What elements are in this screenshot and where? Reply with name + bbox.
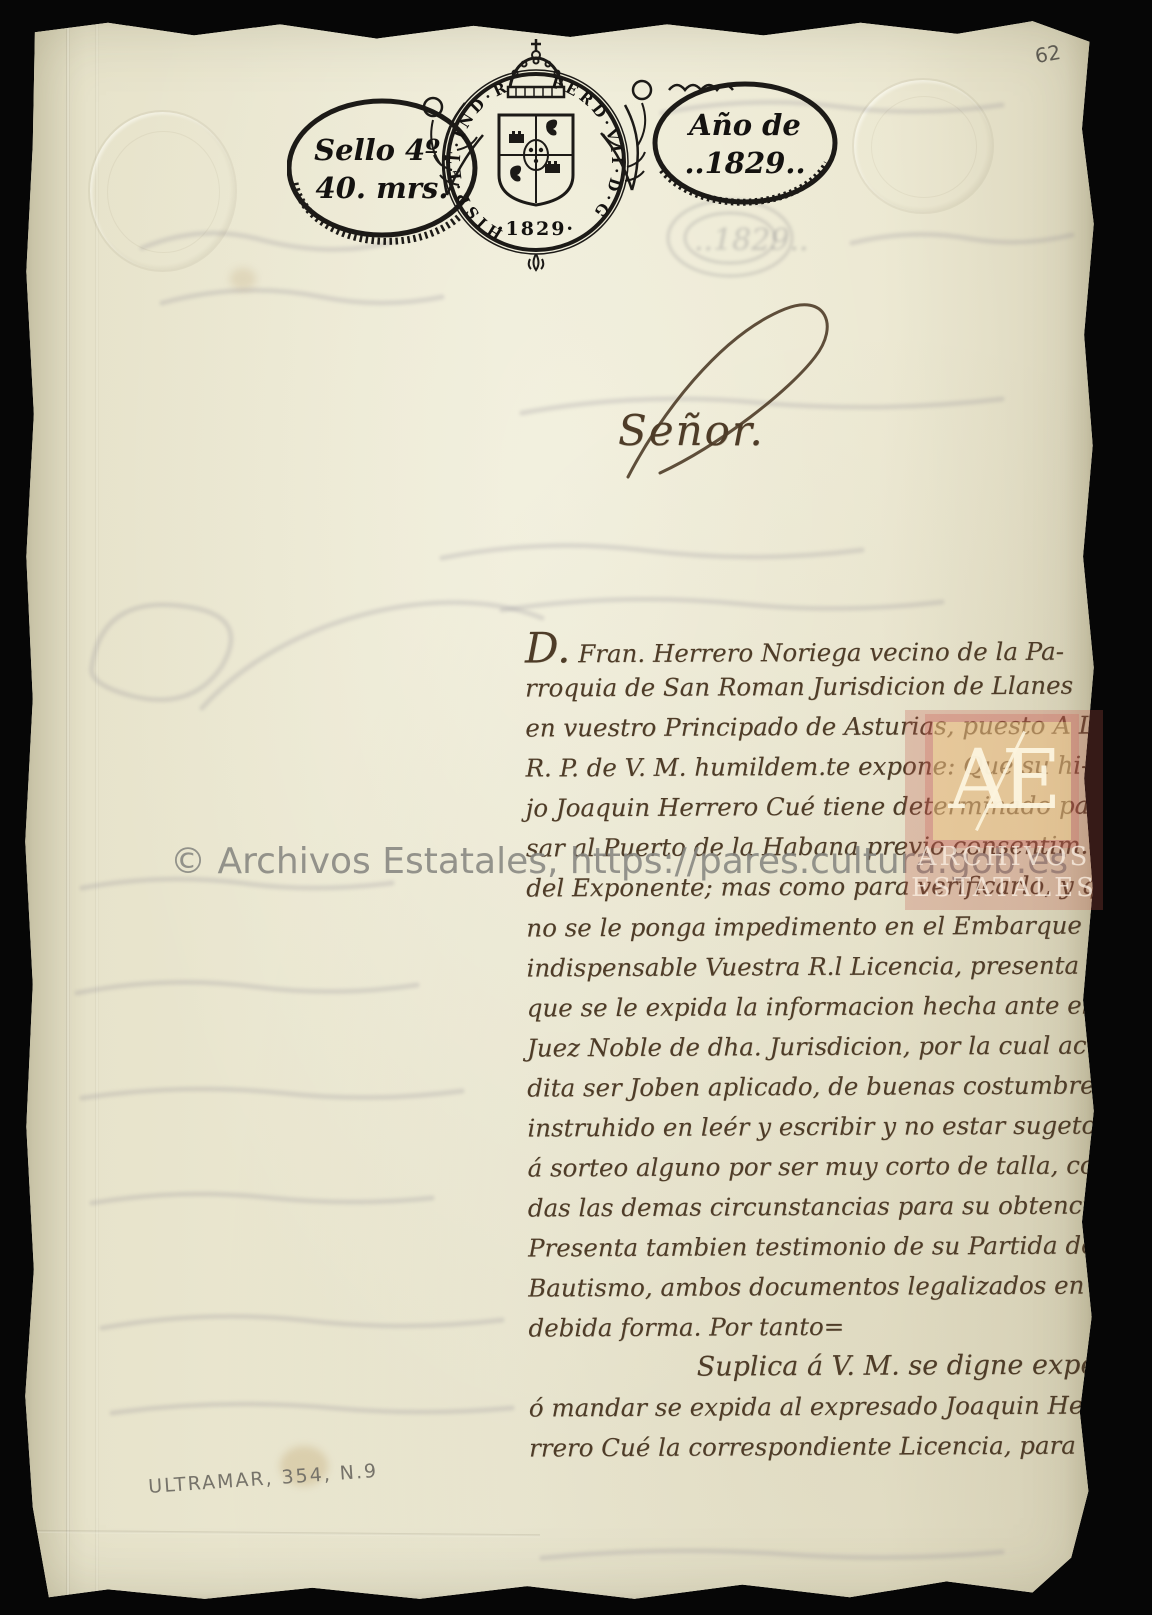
manuscript-line: á sorteo alguno por ser muy corto de tal… [528, 1145, 1103, 1188]
archivos-estatales-badge: AE ARCHIVOS ESTATALES [905, 710, 1103, 910]
manuscript-line: rrero Cué la correspondiente Licencia, p… [529, 1425, 1104, 1468]
manuscript-line: Juez Noble de dha. Jurisdicion, por la c… [527, 1025, 1102, 1068]
manuscript-line: Bautismo, ambos documentos legalizados e… [528, 1265, 1103, 1308]
manuscript-line: dita ser Joben aplicado, de buenas costu… [527, 1065, 1102, 1108]
castile-leon-shield-icon [499, 115, 573, 205]
seal-tassel-icon [529, 254, 544, 270]
manuscript-line: que se le expida la informacion hecha an… [527, 985, 1102, 1028]
manuscript-line: indispensable Vuestra R.l Licencia, pres… [526, 945, 1101, 988]
manuscript-line: das las demas circunstancias para su obt… [528, 1185, 1103, 1228]
salutation-flourish [600, 295, 860, 485]
folio-number: 62 [1033, 40, 1062, 68]
manuscript-line: D. Fran. Herrero Noriega vecino de la Pa… [525, 626, 1100, 669]
badge-archivos-label: ARCHIVOS [905, 842, 1103, 872]
manuscript-line: debida forma. Por tanto= [528, 1305, 1103, 1348]
svg-text:Año de: Año de [686, 108, 801, 142]
manuscript-line: ó mandar se expida al expresado Joaquin … [529, 1385, 1104, 1428]
manuscript-line: no se le ponga impedimento en el Embarqu… [526, 905, 1101, 948]
manuscript-line: Presenta tambien testimonio de su Partid… [528, 1225, 1103, 1268]
salutation: Señor. [618, 406, 765, 455]
svg-text:Sello 4º.: Sello 4º. [314, 133, 450, 167]
svg-text:·1829·: ·1829· [497, 218, 575, 240]
manuscript-line-suplica: Suplica á V. M. se digne expedir [529, 1345, 1104, 1388]
badge-estatales-label: ESTATALES [905, 873, 1103, 903]
ae-monogram-box: AE [933, 722, 1071, 840]
stamp-right-oval: Año de ..1829.. [655, 84, 835, 202]
svg-text:40. mrs.: 40. mrs. [316, 171, 449, 205]
manuscript-line: instruhido en leér y escribir y no estar… [527, 1105, 1102, 1148]
scanned-document: ..1829.. Sello 4º. 40. mrs. Año de ..182… [0, 0, 1152, 1615]
tax-stamp: Sello 4º. 40. mrs. Año de ..1829.. [287, 35, 847, 297]
svg-text:..1829..: ..1829.. [684, 146, 805, 180]
manuscript-line: rroquia de San Roman Jurisdicion de Llan… [525, 665, 1100, 708]
